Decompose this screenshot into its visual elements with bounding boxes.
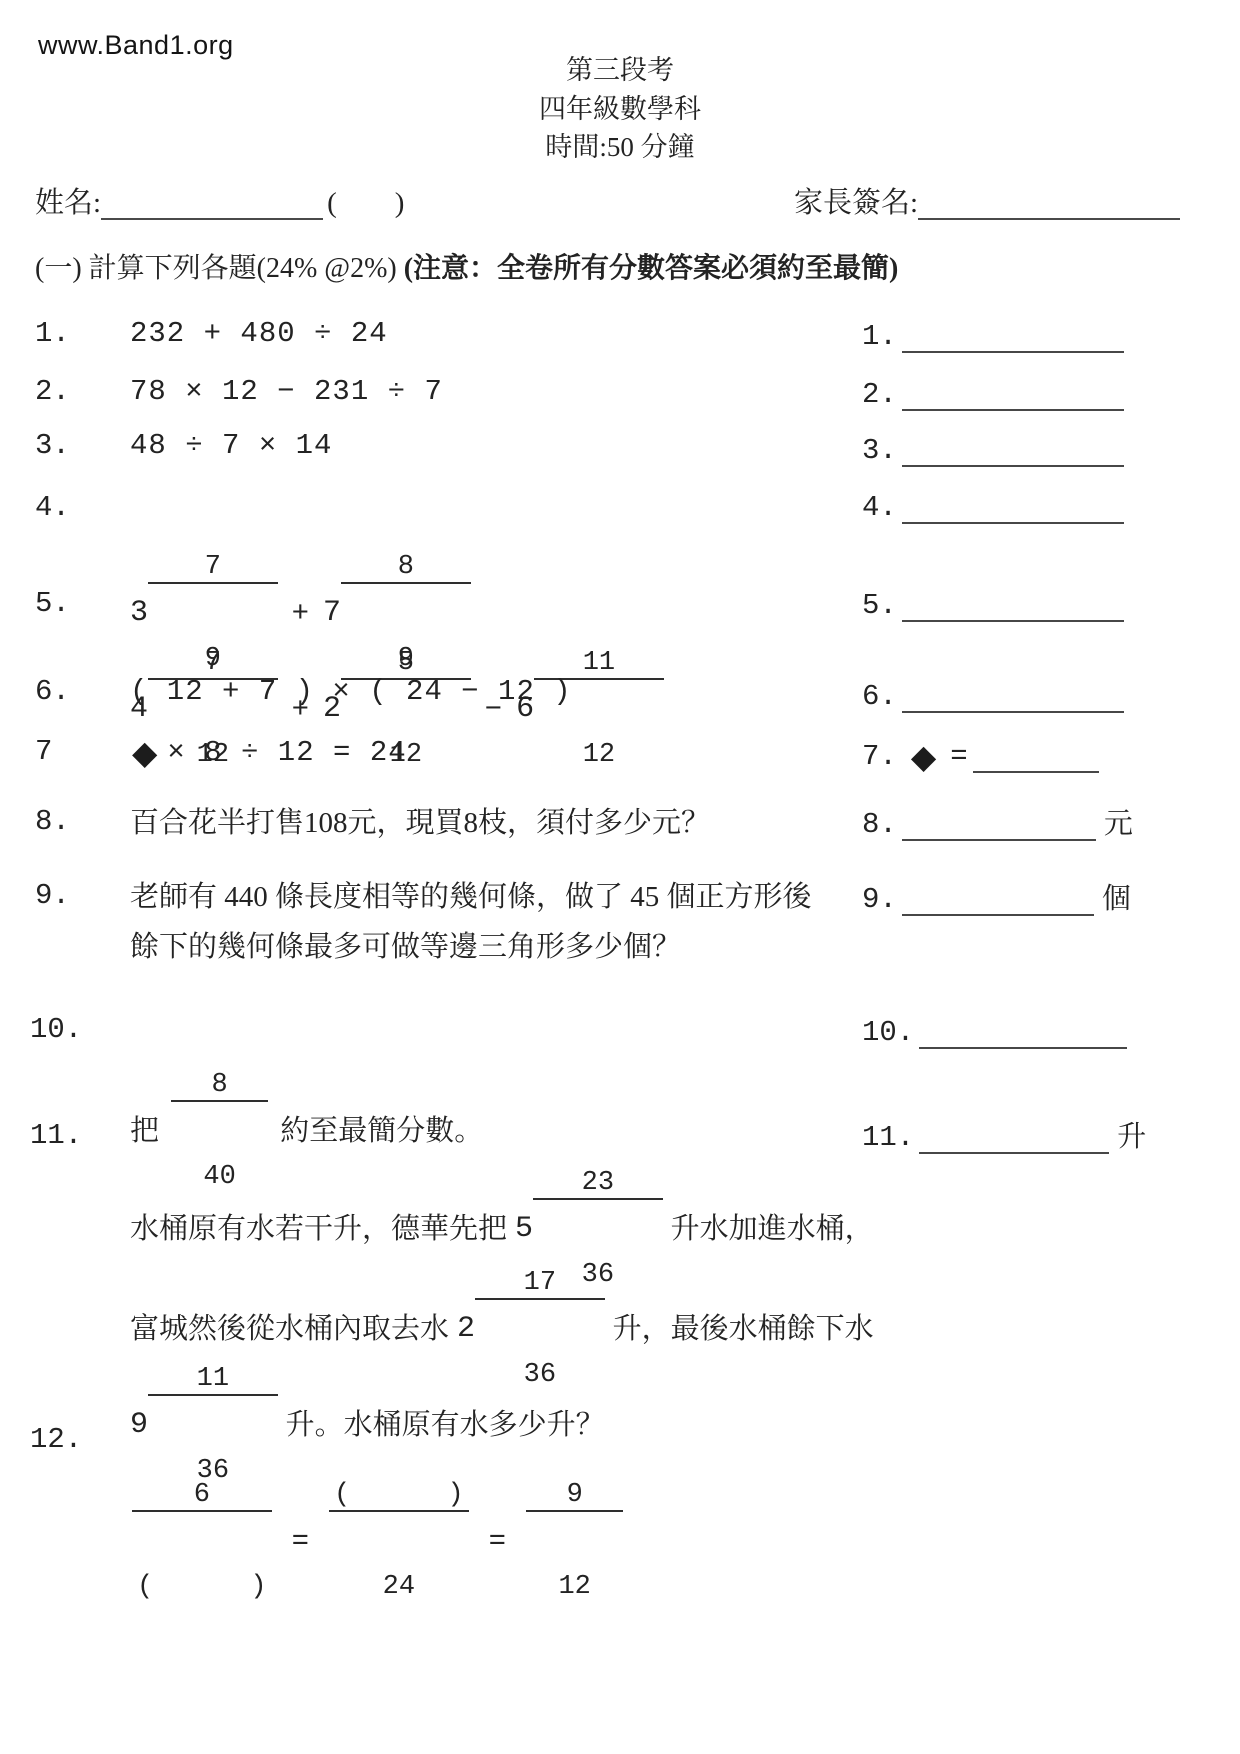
mixed-number: 2 5 12 [323,588,471,830]
question-7-equation: × 8 ÷ 12 = 24 [167,737,406,769]
equals-sign: = [292,1525,309,1558]
class-paren-close: ) [395,186,405,220]
question-11-text: 升，最後水桶餘下水 [613,1312,874,1346]
question-8-text: 百合花半打售108元，現買8枝，須付多少元？ [130,806,710,840]
parent-sign-row: 家長簽名: [794,186,1180,220]
answer-number-10: 10. [862,1017,914,1049]
answer-row-9: 9. 個 [862,881,1131,916]
name-blank [101,186,323,220]
fraction: 9 12 [526,1420,623,1662]
section-heading-text: (一) 計算下列各題(24% @2%) [35,253,404,284]
answer-number-5: 5. [862,590,897,622]
answer-row-7: 7. ◆ = [862,738,1099,773]
question-2-expression: 78 × 12 − 231 ÷ 7 [130,376,443,408]
answer-blank-1 [902,318,1124,353]
fraction-numerator: 8 [171,1070,268,1102]
fraction: 11 12 [534,588,664,830]
answer-number-7: 7. [862,741,897,773]
question-number-8: 8. [35,806,70,838]
question-number-3: 3. [35,430,70,462]
answer-number-1: 1. [862,321,897,353]
fraction: 7 12 [148,588,278,830]
exam-subject: 四年級數學科 [0,94,1240,124]
answer-row-2: 2. [862,376,1124,411]
question-number-7: 7 [35,736,52,768]
question-number-5: 5. [35,588,70,620]
diamond-icon: ◆ [132,736,157,769]
answer-row-4: 4. [862,489,1124,524]
diamond-icon: ◆ [911,740,936,773]
answer-unit-litres: 升 [1117,1121,1146,1154]
answer-blank-9 [902,881,1094,916]
question-number-2: 2. [35,376,70,408]
fraction-denominator: 24 [329,1572,469,1602]
question-number-9: 9. [35,880,70,912]
fraction-numerator: 11 [148,1364,278,1396]
answer-row-10: 10. [862,1014,1127,1049]
fraction-denominator-blank: ( ) [132,1572,272,1602]
exam-paper-page: www.Band1.org 第三段考 四年級數學科 時間:50 分鐘 姓名: (… [0,0,1240,1754]
answer-row-5: 5. [862,587,1124,622]
fraction: 5 12 [341,588,471,830]
question-5-expression: 4 7 12 + 2 5 12 − 6 11 12 [130,588,664,830]
answer-unit-dollars: 元 [1104,808,1133,841]
name-row: 姓名: ( ) [35,186,404,220]
answer-row-3: 3. [862,432,1124,467]
question-number-1: 1. [35,318,70,350]
answer-blank-3 [902,432,1124,467]
equals-sign: = [489,1525,506,1558]
fraction-numerator: 7 [148,552,278,584]
parent-sign-blank [918,186,1180,220]
question-6-expression: ( 12 + 7 ) × ( 24 − 12 ) [130,676,572,708]
question-7-expression: ◆ × 8 ÷ 12 = 24 [132,736,407,769]
question-number-10: 10. [30,1014,82,1046]
question-9-text-line2: 餘下的幾何條最多可做等邊三角形多少個？ [130,930,681,964]
section-heading: (一) 計算下列各題(24% @2%) (注意：全卷所有分數答案必須約至最簡) [35,252,898,286]
question-number-4: 4. [35,492,70,524]
fraction-numerator: 9 [526,1480,623,1512]
answer-blank-8 [902,806,1096,841]
answer-row-8: 8. 元 [862,806,1133,841]
equals-sign: = [950,741,967,773]
mixed-number: 4 7 12 [130,588,278,830]
exam-title: 第三段考 [0,55,1240,85]
answer-number-9: 9. [862,884,897,916]
fraction-numerator: 6 [132,1480,272,1512]
question-number-11: 11. [30,1120,82,1152]
answer-blank-2 [902,376,1124,411]
question-3-expression: 48 ÷ 7 × 14 [130,430,332,462]
fraction-denominator: 12 [526,1572,623,1602]
fraction-numerator: 17 [475,1268,605,1300]
section-heading-note: (注意：全卷所有分數答案必須約至最簡) [404,253,899,284]
answer-number-8: 8. [862,809,897,841]
name-label: 姓名: [35,186,101,220]
class-paren-open: ( [327,186,337,220]
question-9-text-line1: 老師有 440 條長度相等的幾何條，做了 45 個正方形後 [130,880,812,914]
fraction: ( ) 24 [329,1420,469,1662]
mixed-number: 6 11 12 [516,588,664,830]
fraction-numerator: 8 [341,552,471,584]
question-12-expression: 6 ( ) = ( ) 24 = 9 12 [132,1420,623,1662]
answer-row-11: 11. 升 [862,1119,1146,1154]
question-number-6: 6. [35,676,70,708]
answer-blank-10 [919,1014,1127,1049]
answer-number-6: 6. [862,681,897,713]
question-number-12: 12. [30,1424,82,1456]
answer-number-2: 2. [862,379,897,411]
fraction-numerator-blank: ( ) [329,1480,469,1512]
answer-row-6: 6. [862,678,1124,713]
fraction-denominator: 12 [534,740,664,770]
question-1-expression: 232 + 480 ÷ 24 [130,318,388,350]
answer-number-3: 3. [862,435,897,467]
fraction: 6 ( ) [132,1420,272,1662]
answer-blank-6 [902,678,1124,713]
answer-number-11: 11. [862,1122,914,1154]
parent-sign-label: 家長簽名: [794,186,918,220]
answer-blank-4 [902,489,1124,524]
answer-blank-11 [919,1119,1109,1154]
fraction-numerator: 23 [533,1168,663,1200]
answer-number-4: 4. [862,492,897,524]
answer-unit-pieces: 個 [1102,883,1131,916]
exam-time: 時間:50 分鐘 [0,132,1240,162]
answer-row-1: 1. [862,318,1124,353]
answer-blank-5 [902,587,1124,622]
answer-blank-7 [973,738,1099,773]
